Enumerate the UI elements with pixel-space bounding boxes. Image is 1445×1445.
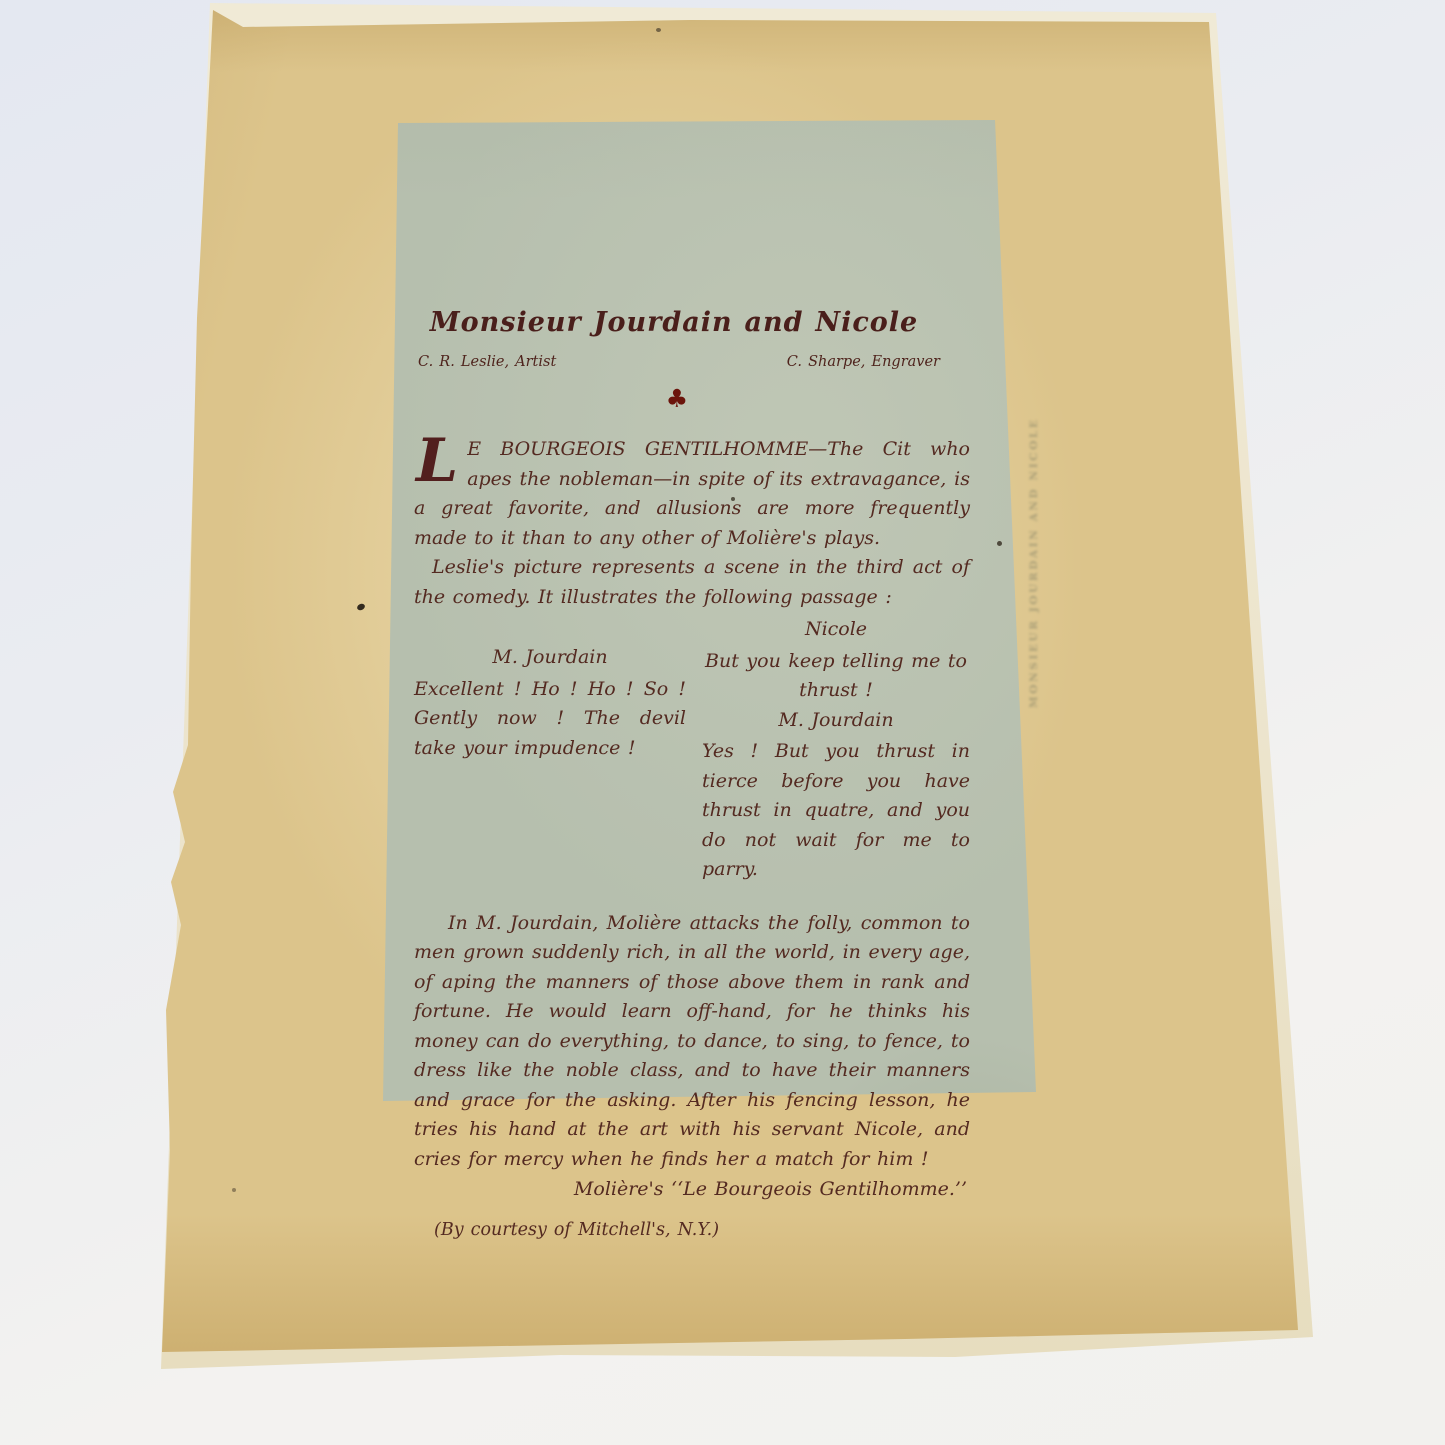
drop-cap-letter: L — [414, 435, 467, 484]
dialogue-left-column: M. Jourdain Excellent ! Ho ! Ho ! So ! G… — [414, 615, 686, 885]
dialogue-line: Excellent ! Ho ! Ho ! So ! Gently now ! … — [414, 675, 686, 764]
dialogue-right-column: Nicole But you keep telling me to thrust… — [702, 615, 970, 885]
play-attribution: Molière's ‘‘Le Bourgeois Gentilhomme.’’ — [414, 1175, 970, 1205]
speaker-name: M. Jourdain — [414, 643, 686, 673]
credits-row: C. R. Leslie, Artist C. Sharpe, Engraver — [414, 352, 970, 372]
photo-of-antique-book-page: MONSIEUR JOURDAIN AND NICOLE Monsieur Jo… — [0, 0, 1445, 1445]
page-title: Monsieur Jourdain and Nicole — [414, 306, 970, 340]
bleed-through-caption: MONSIEUR JOURDAIN AND NICOLE — [1028, 498, 1040, 708]
foxing-speck — [997, 541, 1002, 546]
foxing-speck — [656, 28, 661, 32]
foxing-speck — [232, 1188, 236, 1192]
printed-content: Monsieur Jourdain and Nicole C. R. Lesli… — [414, 306, 970, 1245]
artist-credit: C. R. Leslie, Artist — [418, 352, 556, 372]
intro-first-paragraph-text: E BOURGEOIS GENTILHOMME—The Cit who apes… — [414, 438, 970, 549]
intro-second-paragraph: Leslie's picture represents a scene in t… — [414, 553, 970, 612]
speaker-name: M. Jourdain — [702, 706, 970, 736]
foxing-speck — [731, 497, 735, 501]
commentary-paragraph: In M. Jourdain, Molière attacks the foll… — [414, 909, 970, 1175]
dialogue-columns: M. Jourdain Excellent ! Ho ! Ho ! So ! G… — [414, 615, 970, 885]
engraver-credit: C. Sharpe, Engraver — [787, 352, 940, 372]
courtesy-note: (By courtesy of Mitchell's, N.Y.) — [414, 1216, 970, 1246]
speaker-name: Nicole — [702, 615, 970, 645]
club-ornament-icon: ♣ — [414, 385, 970, 412]
dialogue-line: Yes ! But you thrust in tierce before yo… — [702, 737, 970, 885]
intro-paragraph: LE BOURGEOIS GENTILHOMME—The Cit who ape… — [414, 435, 970, 553]
dialogue-line: But you keep telling me to thrust ! — [702, 647, 970, 706]
